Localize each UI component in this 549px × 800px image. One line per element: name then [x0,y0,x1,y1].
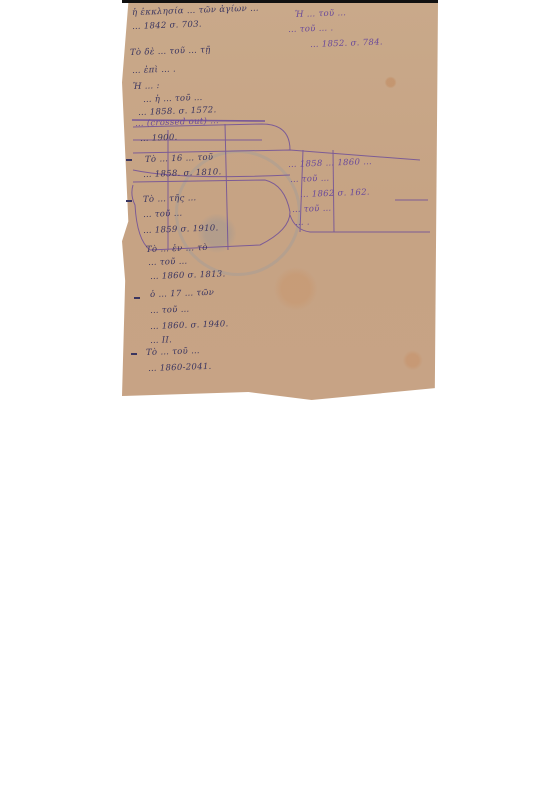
right-line-5: … τοῦ … [290,174,330,185]
right-line-2: … τοῦ … . [288,23,334,35]
left-line-13: … τοῦ … [143,209,183,220]
left-line-19: … τοῦ … [150,305,190,316]
right-line-1: Ἡ … τοῦ … [295,8,347,20]
bullet-dash [131,353,137,355]
left-line-22: Τὸ … τοῦ … [146,346,200,358]
left-line-16: … τοῦ … [148,257,188,268]
right-line-7: … τοῦ … [292,204,332,215]
bullet-dash [126,159,132,161]
left-line-4: … ἐπὶ … . [132,64,176,76]
left-line-5: Ἡ … : [133,81,160,92]
left-line-9: … 1900. [140,133,178,144]
left-line-6: … ἡ … τοῦ … [143,93,203,105]
right-line-8: … . [295,217,310,228]
bullet-dash [134,297,140,299]
purple-ink-outline [0,0,549,400]
left-line-12: Τὸ … τῆς … [143,193,197,205]
bullet-dash [126,200,132,202]
left-line-21: … ΙΙ. [150,335,172,346]
